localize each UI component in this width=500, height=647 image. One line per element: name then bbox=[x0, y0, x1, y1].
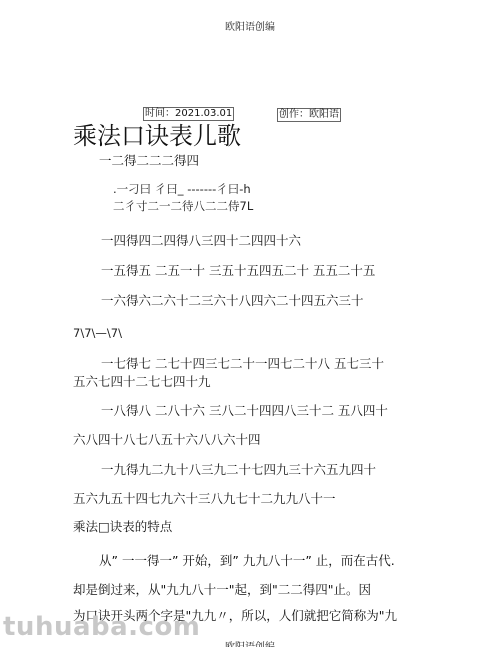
page-header: 欧阳语创编 bbox=[0, 18, 500, 33]
section-heading: 乘法□诀表的特点 bbox=[73, 519, 172, 535]
verse-line-8a: 一八得八 二八十六 三八二十四四八三十二 五八四十 bbox=[101, 403, 388, 419]
author-field: 创作：欧阳语 bbox=[277, 108, 341, 122]
page-title: 乘法口诀表儿歌 bbox=[73, 122, 241, 150]
verse-line-9a: 一九得九二九十八三九二十七四九三十六五九四十 bbox=[101, 462, 376, 478]
verse-line-9b: 五六九五十四七九六十三八九七十二九九八十一 bbox=[73, 491, 336, 507]
verse-line-5: 一五得五 二五一十 三五十五四五二十 五五二十五 bbox=[101, 263, 375, 279]
garbled-line-1: .一刁曰 彳曰_ -------彳曰-h bbox=[113, 182, 251, 197]
time-field: 时间：2021.03.01 bbox=[143, 107, 234, 121]
garbled-line-2: 二彳寸二一二待八二二侍7L bbox=[113, 199, 253, 214]
garbled-line-3: 7\7\—\7\ bbox=[73, 326, 122, 341]
verse-line-7b: 五六七四十二七七四十九 bbox=[73, 374, 211, 390]
paragraph-line-2: 却是倒过来，从"九九八十一"起，到"二二得四"止。因 bbox=[73, 582, 371, 598]
verse-line-7a: 一七得七 二七十四三七二十一四七二十八 五七三十 bbox=[101, 356, 384, 372]
paragraph-line-1: 从” 一一得一” 开始，到” 九九八十一” 止，而在古代. bbox=[99, 553, 395, 569]
verse-line-8b: 六八四十八七八五十六八八六十四 bbox=[73, 432, 261, 448]
page-footer: 欧阳语创编 bbox=[0, 638, 500, 647]
verse-line-4: 一四得四二四得八三四十二四四十六 bbox=[101, 233, 301, 249]
verse-line-2: 一二得二二二得四 bbox=[99, 153, 199, 169]
verse-line-6: 一六得六二六十二三六十八四六二十四五六三十 bbox=[101, 293, 364, 309]
